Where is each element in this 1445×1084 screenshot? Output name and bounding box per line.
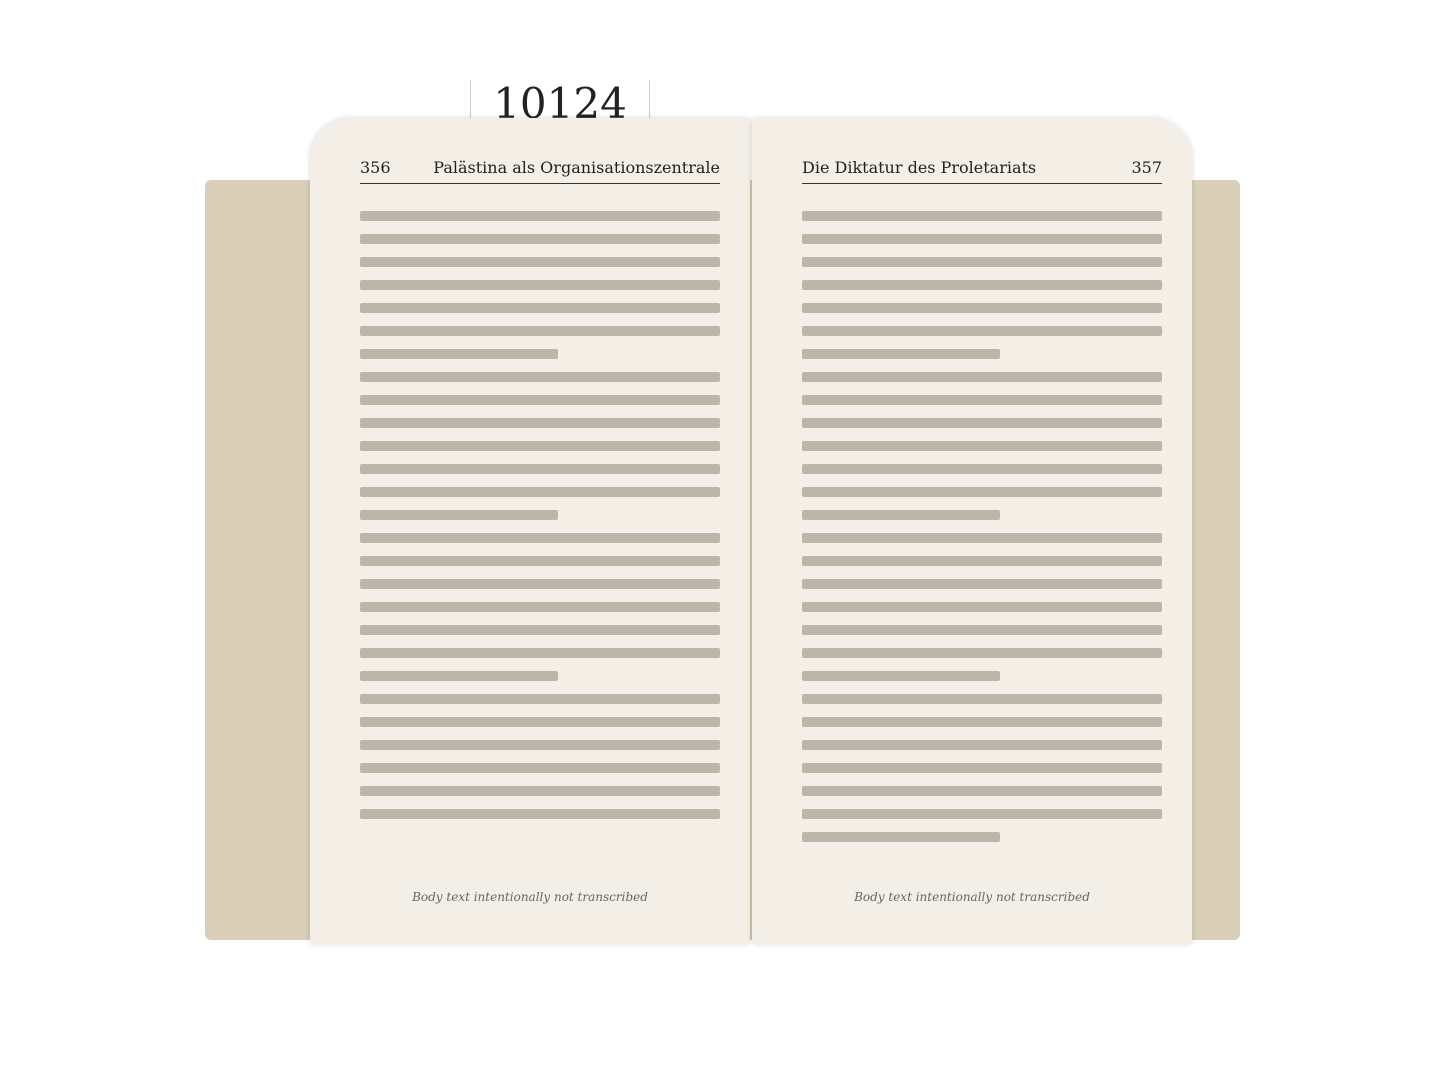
- redaction-note: Body text intentionally not transcribed: [310, 890, 750, 904]
- redacted-line: [802, 694, 1162, 704]
- redacted-line: [802, 326, 1162, 336]
- redacted-line: [802, 763, 1162, 773]
- redacted-line: [360, 326, 720, 336]
- redacted-line: [360, 349, 558, 359]
- redacted-line: [360, 763, 720, 773]
- redacted-line: [802, 303, 1162, 313]
- page-number: 357: [1131, 158, 1162, 177]
- redacted-line: [360, 510, 558, 520]
- redacted-line: [360, 602, 720, 612]
- page-number: 356: [360, 158, 391, 177]
- redacted-line: [360, 533, 720, 543]
- redacted-line: [360, 809, 720, 819]
- redacted-line: [802, 487, 1162, 497]
- redacted-line: [802, 671, 1000, 681]
- running-head-title: Die Diktatur des Proletariats: [802, 158, 1036, 177]
- redacted-body-text: [802, 198, 1162, 844]
- redacted-line: [360, 625, 720, 635]
- right-page: Die Diktatur des Proletariats 357 Body t…: [752, 118, 1192, 944]
- redacted-line: [360, 487, 720, 497]
- redacted-line: [360, 372, 720, 382]
- redacted-line: [360, 303, 720, 313]
- redacted-line: [360, 648, 720, 658]
- redacted-line: [802, 280, 1162, 290]
- redacted-line: [360, 740, 720, 750]
- redacted-line: [360, 579, 720, 589]
- redacted-line: [360, 786, 720, 796]
- redacted-line: [802, 349, 1000, 359]
- redacted-line: [802, 441, 1162, 451]
- redacted-line: [802, 533, 1162, 543]
- redaction-note: Body text intentionally not transcribed: [752, 890, 1192, 904]
- redacted-line: [802, 418, 1162, 428]
- left-running-head: 356 Palästina als Organisationszentrale: [360, 158, 720, 184]
- redacted-line: [802, 395, 1162, 405]
- redacted-line: [360, 717, 720, 727]
- redacted-line: [802, 556, 1162, 566]
- redacted-line: [360, 211, 720, 221]
- redacted-line: [360, 464, 720, 474]
- redacted-line: [802, 257, 1162, 267]
- redacted-line: [802, 717, 1162, 727]
- redacted-line: [360, 280, 720, 290]
- redacted-line: [360, 234, 720, 244]
- redacted-line: [360, 671, 558, 681]
- redacted-line: [360, 257, 720, 267]
- redacted-line: [802, 602, 1162, 612]
- right-running-head: Die Diktatur des Proletariats 357: [802, 158, 1162, 184]
- redacted-line: [360, 395, 720, 405]
- redacted-line: [802, 372, 1162, 382]
- redacted-line: [802, 211, 1162, 221]
- redacted-body-text: [360, 198, 720, 844]
- redacted-line: [360, 441, 720, 451]
- redacted-line: [802, 510, 1000, 520]
- redacted-line: [802, 809, 1162, 819]
- redacted-line: [802, 786, 1162, 796]
- redacted-line: [360, 694, 720, 704]
- redacted-line: [802, 740, 1162, 750]
- redacted-line: [802, 234, 1162, 244]
- redacted-line: [802, 579, 1162, 589]
- redacted-line: [360, 418, 720, 428]
- redacted-line: [802, 464, 1162, 474]
- redacted-line: [802, 832, 1000, 842]
- redacted-line: [802, 625, 1162, 635]
- running-head-title: Palästina als Organisationszentrale: [433, 158, 720, 177]
- redacted-line: [360, 556, 720, 566]
- left-page: 356 Palästina als Organisationszentrale …: [310, 118, 750, 944]
- redacted-line: [802, 648, 1162, 658]
